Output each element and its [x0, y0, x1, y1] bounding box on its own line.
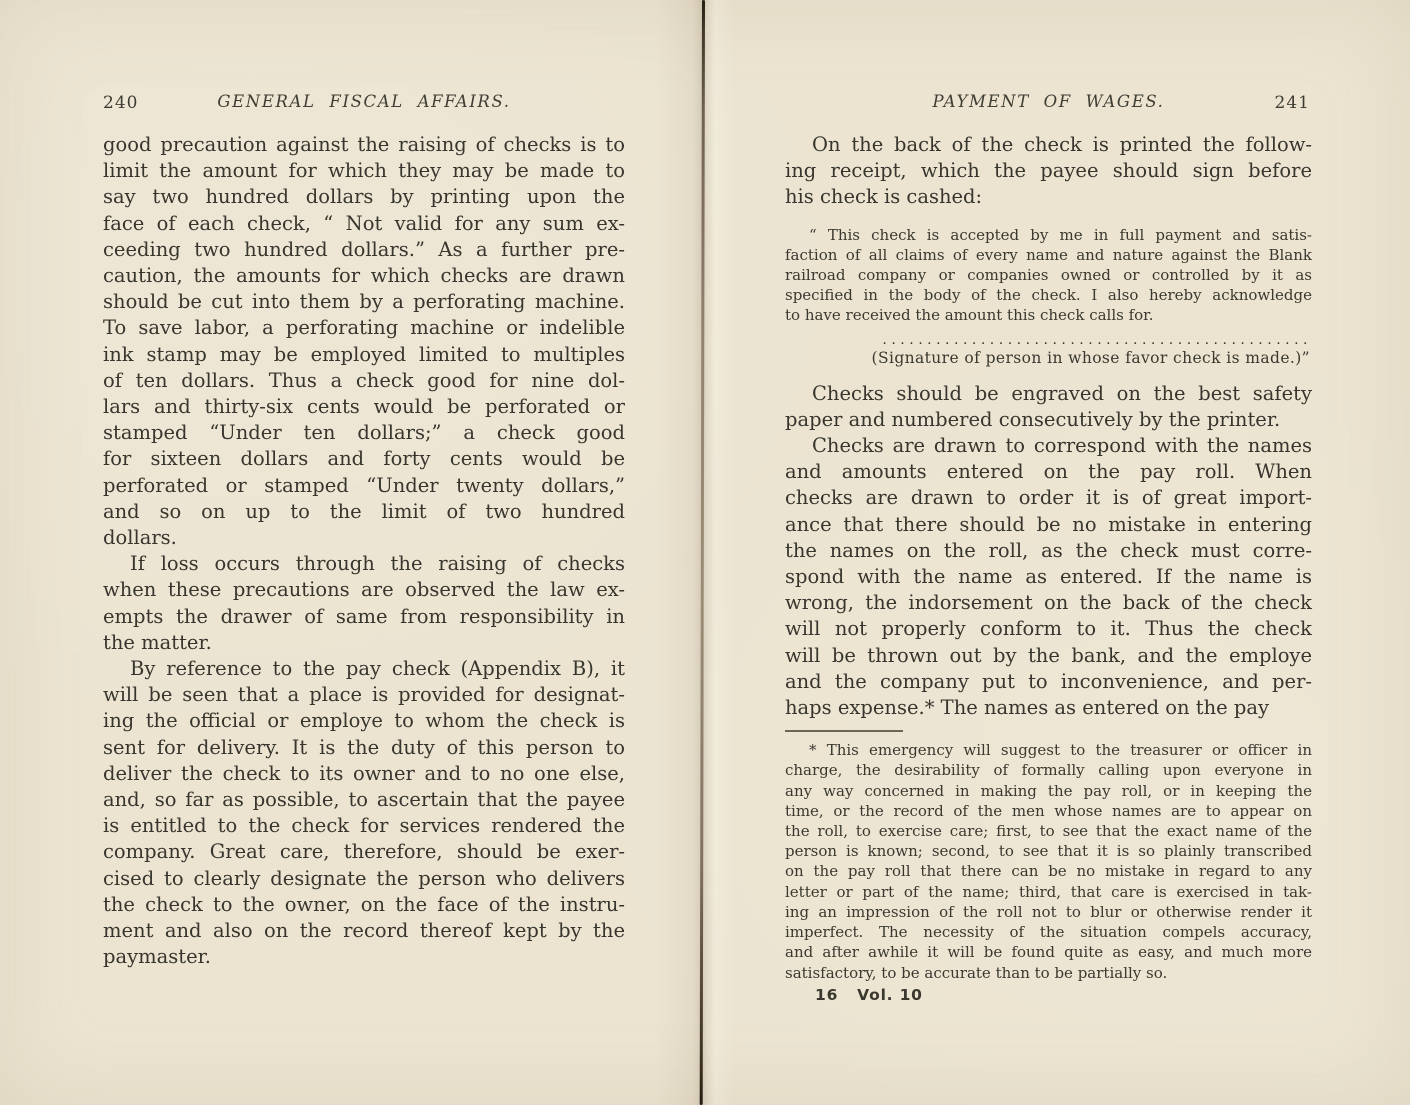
text-line: ing receipt, which the payee should sign…: [785, 158, 1312, 184]
paragraph: “ This check is accepted by me in full p…: [785, 225, 1312, 326]
text-line: say two hundred dollars by printing upon…: [103, 184, 625, 210]
text-line: ing the official or employe to whom the …: [103, 708, 625, 734]
text-line: person is known; second, to see that it …: [785, 841, 1312, 861]
text-line: dollars.: [103, 525, 625, 551]
text-line: sent for delivery. It is the duty of thi…: [103, 735, 625, 761]
text-line: checks are drawn to order it is of great…: [785, 485, 1312, 511]
paragraph: * This emergency will suggest to the tre…: [785, 740, 1312, 982]
text-line: spond with the name as entered. If the n…: [785, 564, 1312, 590]
paragraph: Checks are drawn to correspond with the …: [785, 433, 1312, 721]
text-line: and amounts entered on the pay roll. Whe…: [785, 459, 1312, 485]
text-line: letter or part of the name; third, that …: [785, 882, 1312, 902]
text-line: and after awhile it will be found quite …: [785, 942, 1312, 962]
text-line: of ten dollars. Thus a check good for ni…: [103, 368, 625, 394]
paragraph: By reference to the pay check (Appendix …: [103, 656, 625, 970]
right-header-title: PAYMENT OF WAGES.: [785, 92, 1312, 111]
signature-mark-volume: Vol. 10: [857, 986, 923, 1004]
right-main-paragraphs: Checks should be engraved on the best sa…: [785, 381, 1312, 722]
text-line: cised to clearly designate the person wh…: [103, 866, 625, 892]
text-line: ceeding two hundred dollars.” As a furth…: [103, 237, 625, 263]
text-line: lars and thirty-six cents would be perfo…: [103, 394, 625, 420]
text-line: imperfect. The necessity of the situatio…: [785, 922, 1312, 942]
text-line: the matter.: [103, 630, 625, 656]
paragraph: Checks should be engraved on the best sa…: [785, 381, 1312, 433]
text-line: railroad company or companies owned or c…: [785, 265, 1312, 285]
text-line: specified in the body of the check. I al…: [785, 285, 1312, 305]
text-line: By reference to the pay check (Appendix …: [103, 656, 625, 682]
text-line: caution, the amounts for which checks ar…: [103, 263, 625, 289]
text-line: time, or the record of the men whose nam…: [785, 801, 1312, 821]
text-line: will be seen that a place is provided fo…: [103, 682, 625, 708]
text-line: To save labor, a perforating machine or …: [103, 315, 625, 341]
footnote-block: * This emergency will suggest to the tre…: [785, 740, 1312, 982]
text-line: haps expense.* The names as entered on t…: [785, 695, 1312, 721]
text-line: ink stamp may be employed limited to mul…: [103, 342, 625, 368]
paragraph: On the back of the check is printed the …: [785, 132, 1312, 211]
text-line: limit the amount for which they may be m…: [103, 158, 625, 184]
text-line: and, so far as possible, to ascertain th…: [103, 787, 625, 813]
text-line: satisfactory, to be accurate than to be …: [785, 963, 1312, 983]
text-line: for sixteen dollars and forty cents woul…: [103, 446, 625, 472]
text-line: If loss occurs through the raising of ch…: [103, 551, 625, 577]
paragraph: If loss occurs through the raising of ch…: [103, 551, 625, 656]
text-line: and so on up to the limit of two hundred: [103, 499, 625, 525]
text-line: the check to the owner, on the face of t…: [103, 892, 625, 918]
text-line: ment and also on the record thereof kept…: [103, 918, 625, 944]
signature-mark: 16 Vol. 10: [815, 986, 1312, 1004]
text-line: faction of all claims of every name and …: [785, 245, 1312, 265]
text-line: any way concerned in making the pay roll…: [785, 781, 1312, 801]
text-line: wrong, the indorsement on the back of th…: [785, 590, 1312, 616]
text-line: stamped “Under ten dollars;” a check goo…: [103, 420, 625, 446]
text-line: * This emergency will suggest to the tre…: [785, 740, 1312, 760]
receipt-quote-block: “ This check is accepted by me in full p…: [785, 225, 1312, 326]
paragraph: good precaution against the raising of c…: [103, 132, 625, 551]
text-line: when these precautions are observed the …: [103, 577, 625, 603]
left-running-head: 240 GENERAL FISCAL AFFAIRS.: [103, 92, 625, 116]
text-line: ance that there should be no mistake in …: [785, 512, 1312, 538]
text-line: will be thrown out by the bank, and the …: [785, 643, 1312, 669]
left-page-body: good precaution against the raising of c…: [103, 132, 625, 971]
right-running-head: PAYMENT OF WAGES. 241: [785, 92, 1312, 116]
text-line: ing an impression of the roll not to blu…: [785, 902, 1312, 922]
text-line: company. Great care, therefore, should b…: [103, 839, 625, 865]
text-line: on the pay roll that there can be no mis…: [785, 861, 1312, 881]
right-intro-paragraph: On the back of the check is printed the …: [785, 132, 1312, 211]
text-line: charge, the desirability of formally cal…: [785, 760, 1312, 780]
right-page-number: 241: [1275, 93, 1310, 113]
left-page-number: 240: [103, 93, 138, 113]
text-line: good precaution against the raising of c…: [103, 132, 625, 158]
signature-caption: (Signature of person in whose favor chec…: [785, 348, 1312, 369]
left-header-title: GENERAL FISCAL AFFAIRS.: [103, 92, 625, 111]
signature-mark-number: 16: [815, 986, 838, 1004]
text-line: the roll, to exercise care; first, to se…: [785, 821, 1312, 841]
text-line: and the company put to inconvenience, an…: [785, 669, 1312, 695]
text-line: should be cut into them by a perforating…: [103, 289, 625, 315]
right-page-body: On the back of the check is printed the …: [785, 132, 1312, 1004]
text-line: Checks are drawn to correspond with the …: [785, 433, 1312, 459]
text-line: paymaster.: [103, 944, 625, 970]
text-line: paper and numbered consecutively by the …: [785, 407, 1312, 433]
text-line: “ This check is accepted by me in full p…: [785, 225, 1312, 245]
text-line: Checks should be engraved on the best sa…: [785, 381, 1312, 407]
text-line: to have received the amount this check c…: [785, 305, 1312, 325]
text-line: the names on the roll, as the check must…: [785, 538, 1312, 564]
text-line: perforated or stamped “Under twenty doll…: [103, 473, 625, 499]
text-line: deliver the check to its owner and to no…: [103, 761, 625, 787]
text-line: his check is cashed:: [785, 184, 1312, 210]
signature-dotted-line: ........................................…: [785, 332, 1312, 348]
text-line: On the back of the check is printed the …: [785, 132, 1312, 158]
text-line: will not properly conform to it. Thus th…: [785, 616, 1312, 642]
text-line: is entitled to the check for services re…: [103, 813, 625, 839]
gutter-shadow: [655, 0, 755, 1105]
footnote-rule: [785, 730, 903, 732]
book-scan: 240 GENERAL FISCAL AFFAIRS. good precaut…: [0, 0, 1410, 1105]
text-line: empts the drawer of same from responsibi…: [103, 604, 625, 630]
text-line: face of each check, “ Not valid for any …: [103, 211, 625, 237]
